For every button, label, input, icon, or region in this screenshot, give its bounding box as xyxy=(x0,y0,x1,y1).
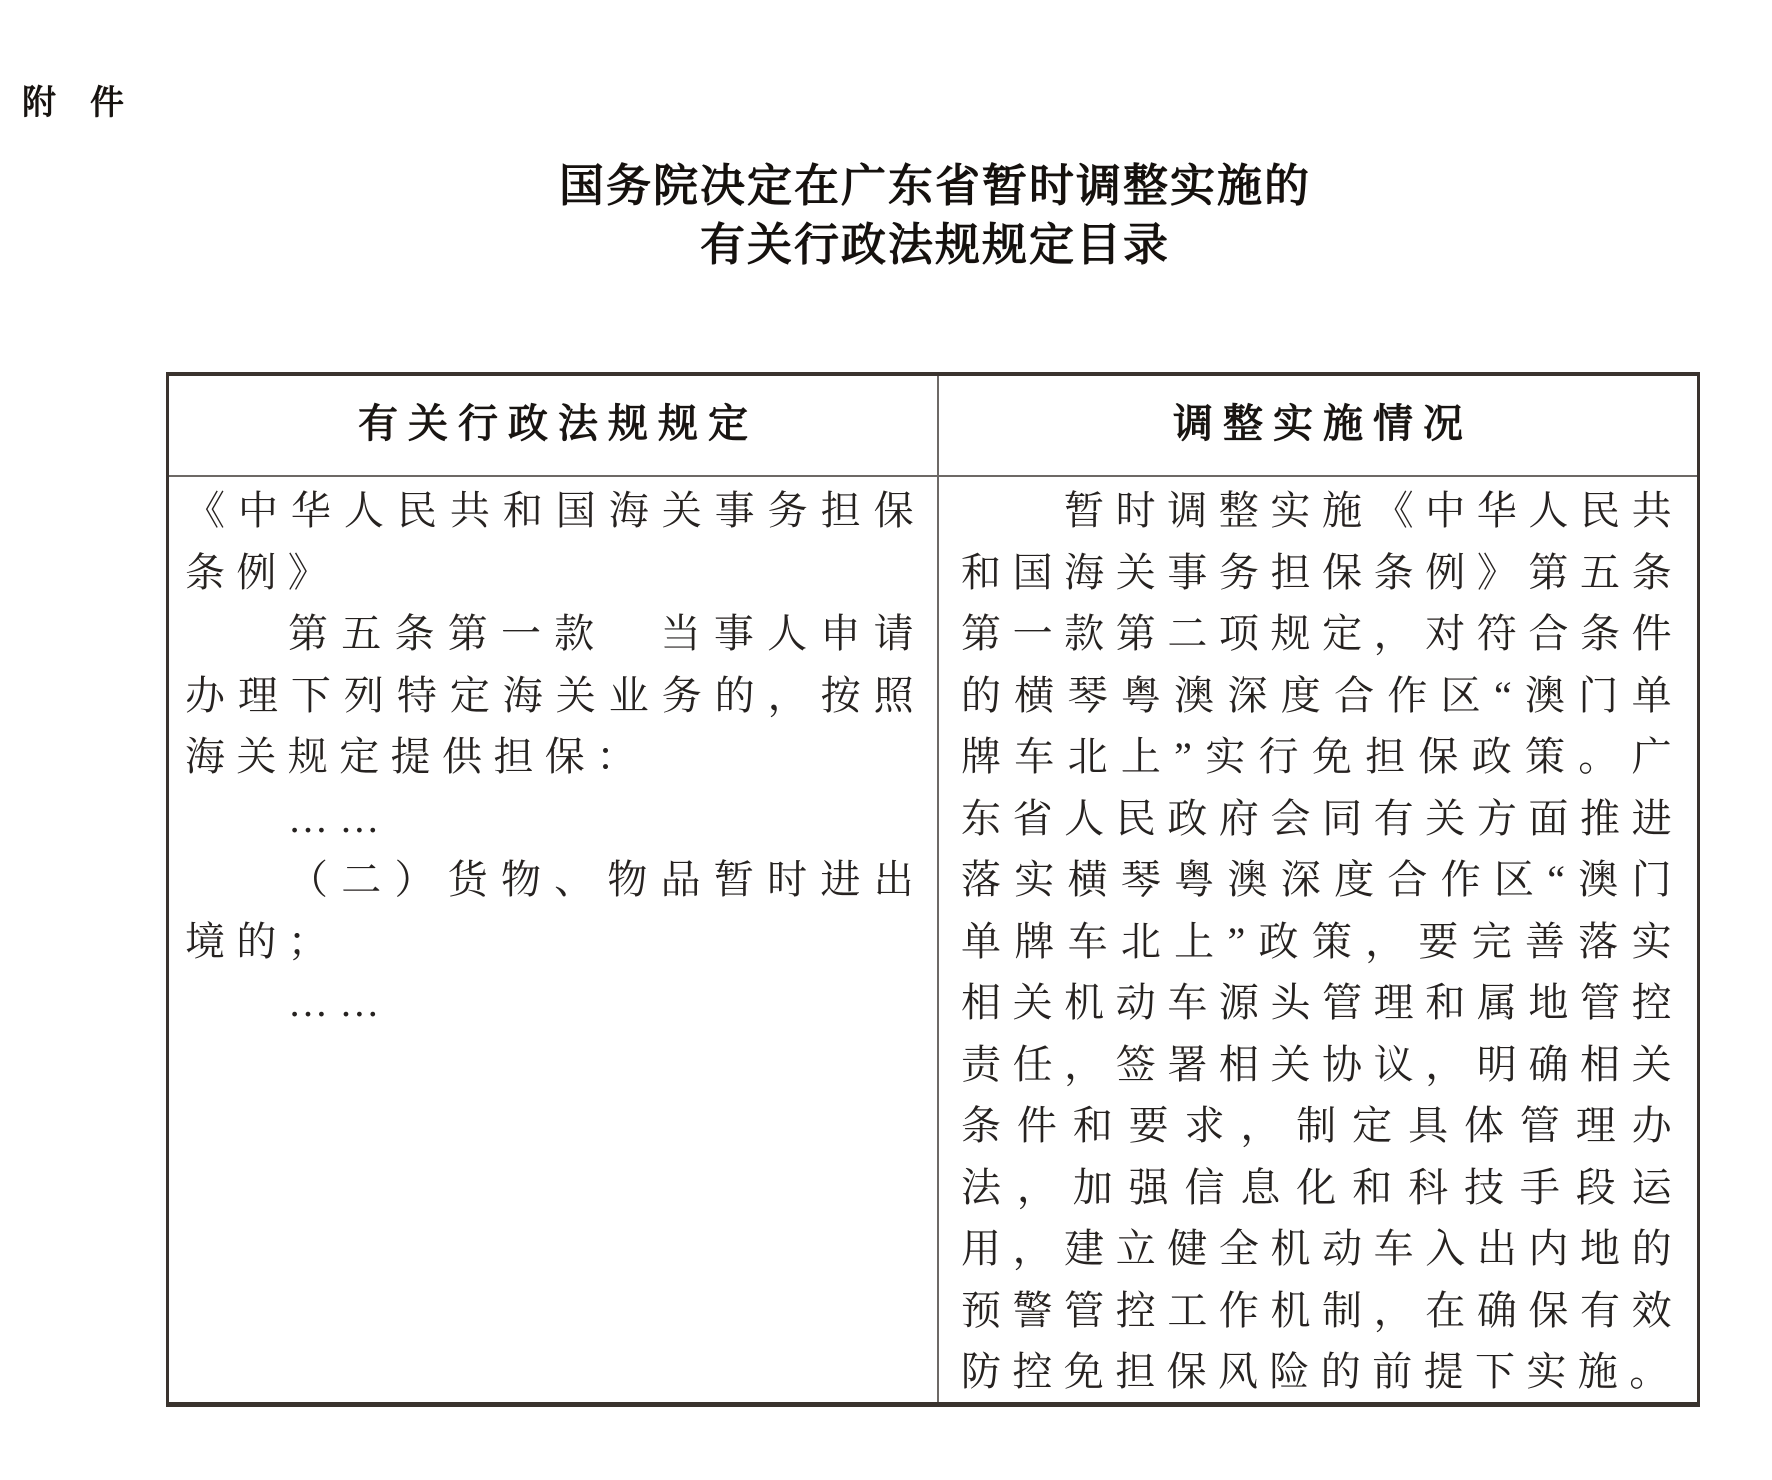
doc-title: 国务院决定在广东省暂时调整实施的 有关行政法规规定目录 xyxy=(166,156,1702,274)
attachment-label: 附 件 xyxy=(22,84,124,122)
paragraph: …… xyxy=(185,972,925,1034)
table-header-adjustment: 调整实施情况 xyxy=(939,376,1697,475)
table-body-row: 《中华人民共和国海关事务担保条例》第五条第一款 当事人申请办理下列特定海关业务的… xyxy=(169,477,1697,1402)
doc-title-line-1: 国务院决定在广东省暂时调整实施的 xyxy=(166,156,1702,215)
paragraph: 第五条第一款 当事人申请办理下列特定海关业务的，按照海关规定提供担保： xyxy=(185,603,925,788)
paragraph: （二）货物、物品暂时进出境的； xyxy=(185,849,925,972)
paragraph: …… xyxy=(185,788,925,850)
doc-title-line-2: 有关行政法规规定目录 xyxy=(166,215,1702,274)
regulations-table: 有关行政法规规定 调整实施情况 《中华人民共和国海关事务担保条例》第五条第一款 … xyxy=(166,372,1700,1407)
table-header-row: 有关行政法规规定 调整实施情况 xyxy=(169,376,1697,477)
paragraph: 《中华人民共和国海关事务担保条例》 xyxy=(185,480,925,603)
regulations-cell: 《中华人民共和国海关事务担保条例》第五条第一款 当事人申请办理下列特定海关业务的… xyxy=(169,477,939,1402)
adjustment-cell: 暂时调整实施《中华人民共和国海关事务担保条例》第五条第一款第二项规定，对符合条件… xyxy=(939,477,1697,1402)
paragraph: 暂时调整实施《中华人民共和国海关事务担保条例》第五条第一款第二项规定，对符合条件… xyxy=(961,480,1683,1402)
table-header-regulations: 有关行政法规规定 xyxy=(169,376,939,475)
